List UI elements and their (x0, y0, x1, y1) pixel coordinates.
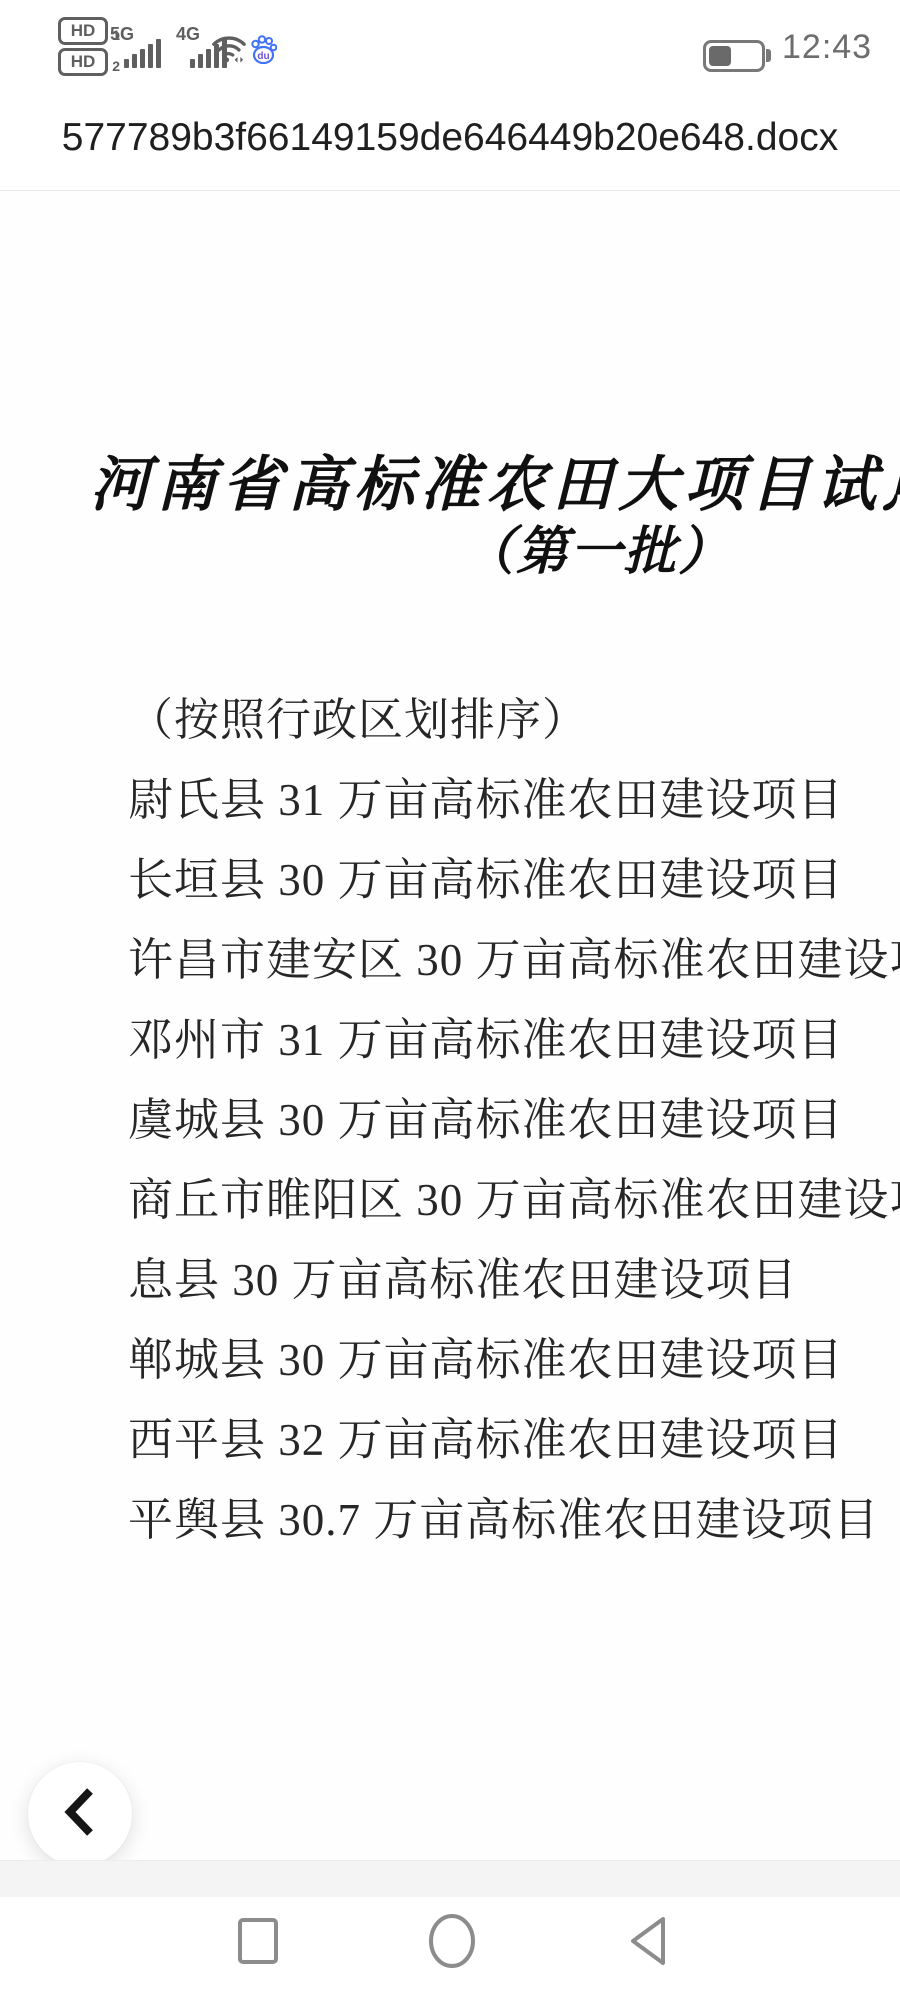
wifi-icon (212, 32, 246, 69)
recents-button[interactable] (198, 1897, 318, 1990)
project-line: 虞城县 30 万亩高标准农田建设项目 (128, 1075, 900, 1155)
home-button[interactable] (392, 1897, 512, 1990)
sim2-label: HD (71, 52, 96, 71)
status-clock: 12:43 (782, 28, 872, 67)
project-line: 尉氏县 31 万亩高标准农田建设项目 (128, 755, 900, 835)
battery-icon (703, 40, 765, 72)
project-line: 平舆县 30.7 万亩高标准农田建设项目 (128, 1475, 900, 1555)
chevron-left-icon (57, 1782, 103, 1847)
square-icon (237, 1917, 279, 1970)
project-line: 长垣县 30 万亩高标准农田建设项目 (128, 835, 900, 915)
system-nav-bar (0, 1897, 900, 1990)
project-line: 郸城县 30 万亩高标准农田建设项目 (128, 1315, 900, 1395)
signal-5g-icon: 5G (110, 24, 166, 70)
sort-note-line: （按照行政区划排序） (128, 675, 900, 755)
project-line: 邓州市 31 万亩高标准农田建设项目 (128, 995, 900, 1075)
back-nav-button[interactable] (588, 1897, 708, 1990)
project-line: 许昌市建安区 30 万亩高标准农田建设项目 (128, 915, 900, 995)
sim2-hd-icon: HD 2 (58, 48, 108, 76)
svg-text:du: du (257, 51, 269, 62)
battery-fill (709, 46, 731, 66)
document-title-bar: 577789b3f66149159de646449b20e648.docx (0, 86, 900, 191)
document-heading-line2: （第一批） (462, 509, 732, 584)
triangle-left-icon (625, 1914, 671, 1973)
sim1-label: HD (71, 21, 96, 40)
battery-nub (766, 49, 771, 62)
sim1-hd-icon: HD 1 (58, 17, 108, 45)
project-line: 商丘市睢阳区 30 万亩高标准农田建设项目 (128, 1155, 900, 1235)
signal-bars-icon (124, 39, 161, 68)
project-line: 息县 30 万亩高标准农田建设项目 (128, 1235, 900, 1315)
document-filename: 577789b3f66149159de646449b20e648.docx (62, 116, 838, 160)
phone-screen: HD 1 HD 2 5G 4G (0, 0, 900, 1990)
document-page[interactable]: 河南省高标准农田大项目试点建 （第一批） （按照行政区划排序） 尉氏县 31 万… (0, 191, 900, 1860)
status-bar: HD 1 HD 2 5G 4G (0, 0, 900, 86)
circle-icon (427, 1913, 477, 1974)
back-button[interactable] (28, 1762, 132, 1866)
document-body: （按照行政区划排序） 尉氏县 31 万亩高标准农田建设项目 长垣县 30 万亩高… (128, 675, 900, 1555)
project-line: 西平县 32 万亩高标准农田建设项目 (128, 1395, 900, 1475)
page-background-strip (0, 1860, 900, 1898)
baidu-app-icon: du (250, 35, 277, 69)
